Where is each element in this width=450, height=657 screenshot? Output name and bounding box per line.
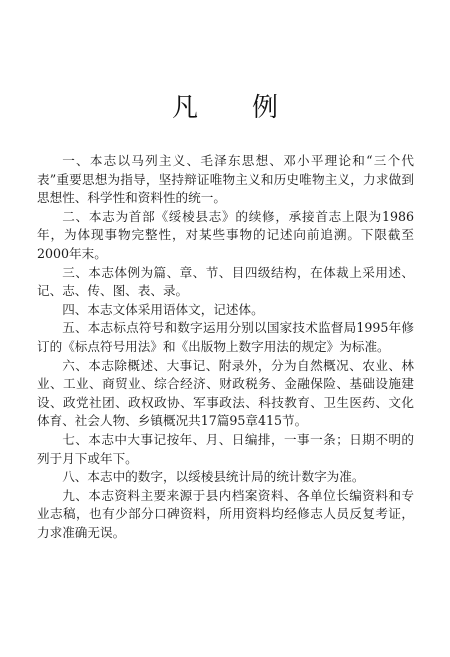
page-title: 凡 例 (0, 88, 450, 128)
paragraph-7: 七、本志中大事记按年、月、日编排，一事一条；日期不明的列于月下或年下。 (37, 431, 414, 468)
document-page: 凡 例 一、本志以马列主义、毛泽东思想、邓小平理论和“三个代表”重要思想为指导，… (0, 0, 450, 657)
paragraph-8: 八、本志中的数字，以绥棱县统计局的统计数字为准。 (37, 468, 414, 487)
paragraph-3: 三、本志体例为篇、章、节、目四级结构，在体裁上采用述、记、志、传、图、表、录。 (37, 264, 414, 301)
document-body: 一、本志以马列主义、毛泽东思想、邓小平理论和“三个代表”重要思想为指导，坚持辩证… (37, 152, 414, 542)
paragraph-6: 六、本志除概述、大事记、附录外，分为自然概况、农业、林业、工业、商贸业、综合经济… (37, 357, 414, 431)
paragraph-4: 四、本志文体采用语体文，记述体。 (37, 301, 414, 320)
paragraph-1: 一、本志以马列主义、毛泽东思想、邓小平理论和“三个代表”重要思想为指导，坚持辩证… (37, 152, 414, 208)
paragraph-2: 二、本志为首部《绥棱县志》的续修，承接首志上限为1986年，为体现事物完整性，对… (37, 208, 414, 264)
paragraph-5: 五、本志标点符号和数字运用分别以国家技术监督局1995年修订的《标点符号用法》和… (37, 319, 414, 356)
paragraph-9: 九、本志资料主要来源于县内档案资料、各单位长编资料和专业志稿，也有少部分口碑资料… (37, 487, 414, 543)
